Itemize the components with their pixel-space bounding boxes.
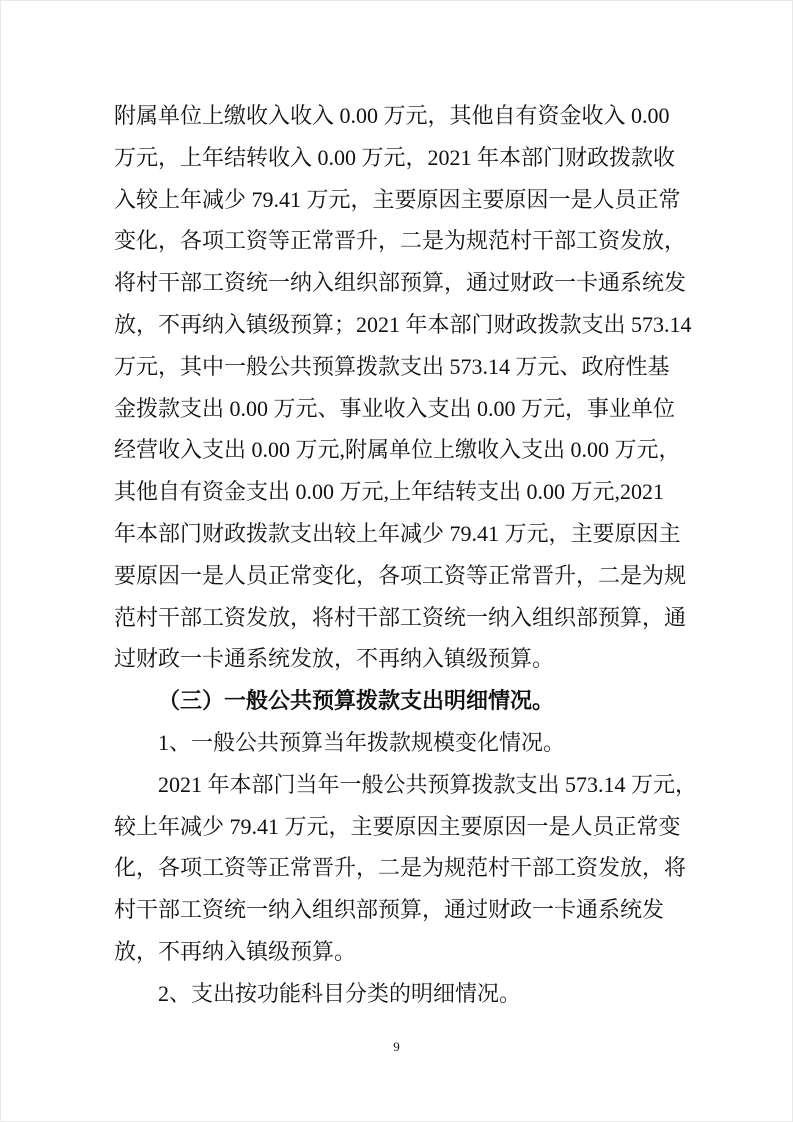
- text-line: 过财政一卡通系统发放，不再纳入镇级预算。: [114, 638, 724, 680]
- text-line: 万元，其中一般公共预算拨款支出 573.14 万元、政府性基: [114, 346, 724, 388]
- text-line: 范村干部工资发放，将村干部工资统一纳入组织部预算，通: [114, 597, 724, 639]
- text-line: 变化，各项工资等正常晋升，二是为规范村干部工资发放，: [114, 220, 724, 262]
- text-line: 附属单位上缴收入收入 0.00 万元，其他自有资金收入 0.00: [114, 95, 724, 137]
- text-line: 要原因一是人员正常变化，各项工资等正常晋升，二是为规: [114, 555, 724, 597]
- text-line: 将村干部工资统一纳入组织部预算，通过财政一卡通系统发: [114, 262, 724, 304]
- text-line: 放，不再纳入镇级预算。: [114, 931, 724, 973]
- text-line: 化，各项工资等正常晋升，二是为规范村干部工资发放，将: [114, 847, 724, 889]
- text-line: 经营收入支出 0.00 万元,附属单位上缴收入支出 0.00 万元，: [114, 429, 724, 471]
- section-heading: （三）一般公共预算拨款支出明细情况。: [114, 680, 724, 722]
- text-line: 2021 年本部门当年一般公共预算拨款支出 573.14 万元，: [114, 764, 724, 806]
- page-number: 9: [1, 1039, 792, 1055]
- text-line: 较上年减少 79.41 万元，主要原因主要原因一是人员正常变: [114, 806, 724, 848]
- text-line: 金拨款支出 0.00 万元、事业收入支出 0.00 万元，事业单位: [114, 388, 724, 430]
- document-page: 附属单位上缴收入收入 0.00 万元，其他自有资金收入 0.00 万元，上年结转…: [0, 0, 793, 1122]
- text-line: 其他自有资金支出 0.00 万元,上年结转支出 0.00 万元,2021: [114, 471, 724, 513]
- text-line: 万元，上年结转收入 0.00 万元，2021 年本部门财政拨款收: [114, 137, 724, 179]
- text-line: 村干部工资统一纳入组织部预算，通过财政一卡通系统发: [114, 889, 724, 931]
- text-line: 年本部门财政拨款支出较上年减少 79.41 万元，主要原因主: [114, 513, 724, 555]
- numbered-item-2: 2、支出按功能科目分类的明细情况。: [114, 973, 724, 1015]
- text-line: 放，不再纳入镇级预算；2021 年本部门财政拨款支出 573.14: [114, 304, 724, 346]
- text-line: 入较上年减少 79.41 万元，主要原因主要原因一是人员正常: [114, 179, 724, 221]
- numbered-item-1: 1、一般公共预算当年拨款规模变化情况。: [114, 722, 724, 764]
- page-body-text: 附属单位上缴收入收入 0.00 万元，其他自有资金收入 0.00 万元，上年结转…: [114, 95, 724, 1015]
